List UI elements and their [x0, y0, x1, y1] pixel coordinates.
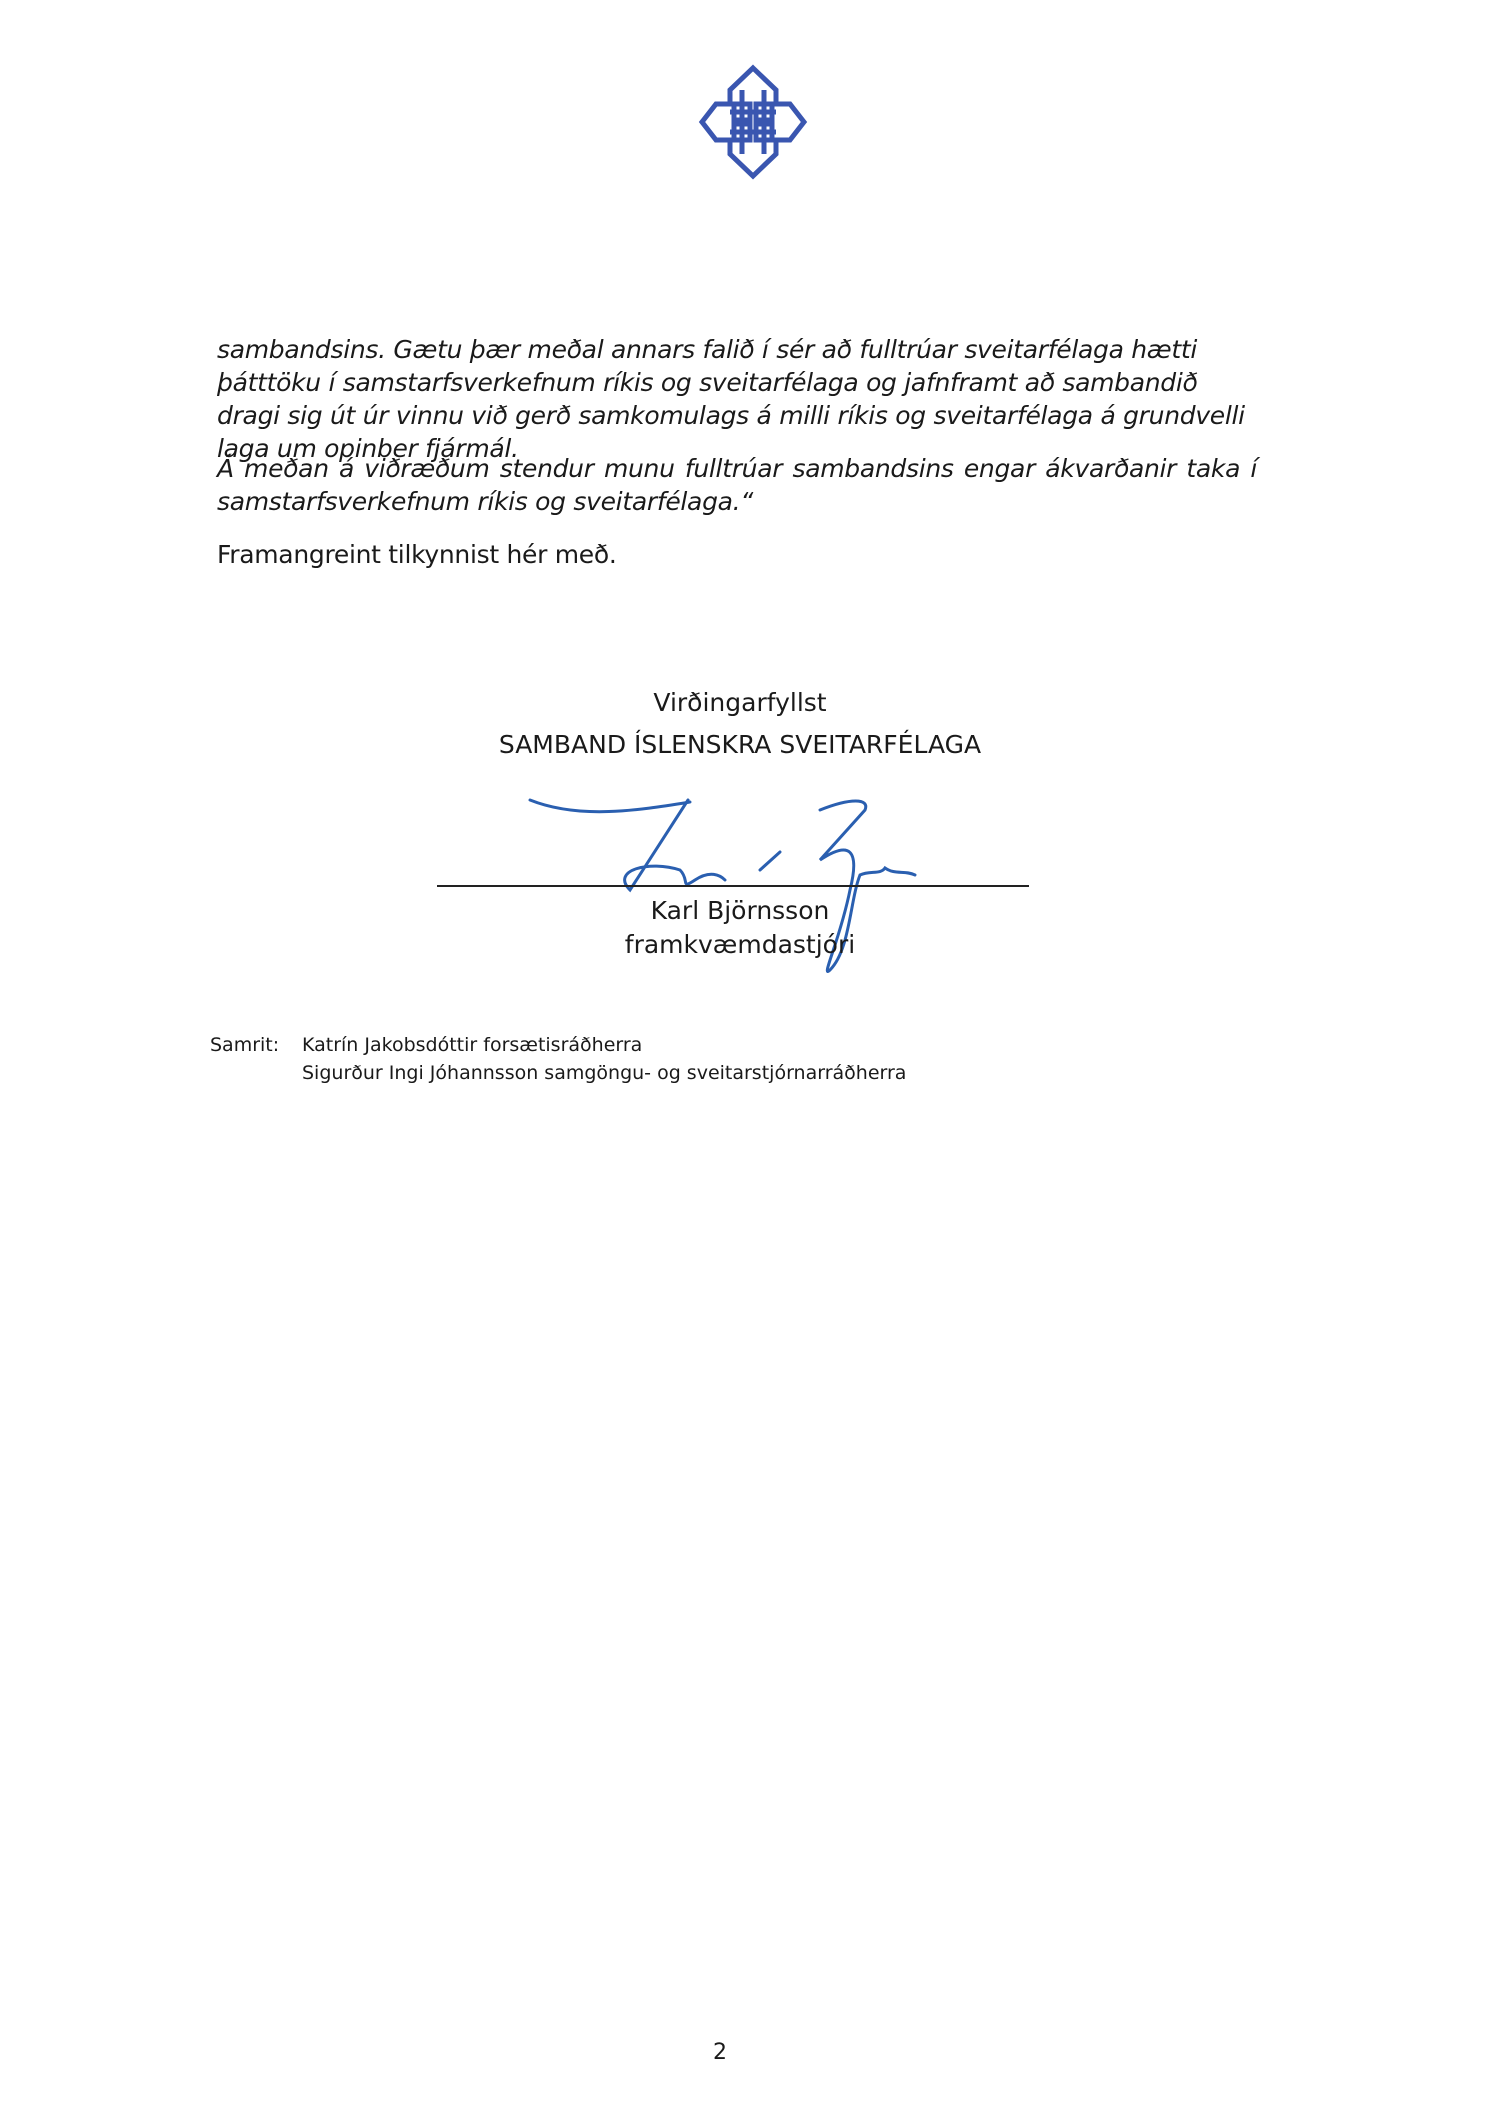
knot-logo-icon: [698, 64, 808, 180]
cc-recipient: Katrín Jakobsdóttir forsætisráðherra: [302, 1031, 906, 1059]
signature-line: [437, 885, 1029, 887]
cc-label: Samrit:: [210, 1031, 279, 1059]
organization-name: SAMBAND ÍSLENSKRA SVEITARFÉLAGA: [430, 730, 1050, 760]
body-paragraph: Á meðan á viðræðum stendur munu fulltrúa…: [217, 452, 1257, 518]
closing-regards: Virðingarfyllst: [430, 688, 1050, 718]
body-paragraph: Framangreint tilkynnist hér með.: [217, 538, 1257, 571]
cc-recipient: Sigurður Ingi Jóhannsson samgöngu- og sv…: [302, 1059, 906, 1087]
page-number: 2: [700, 2040, 740, 2065]
signer-name: Karl Björnsson: [430, 896, 1050, 926]
body-paragraph: sambandsins. Gætu þær meðal annars falið…: [217, 333, 1257, 465]
cc-recipients: Katrín Jakobsdóttir forsætisráðherra Sig…: [302, 1031, 906, 1087]
signer-title: framkvæmdastjóri: [430, 930, 1050, 960]
